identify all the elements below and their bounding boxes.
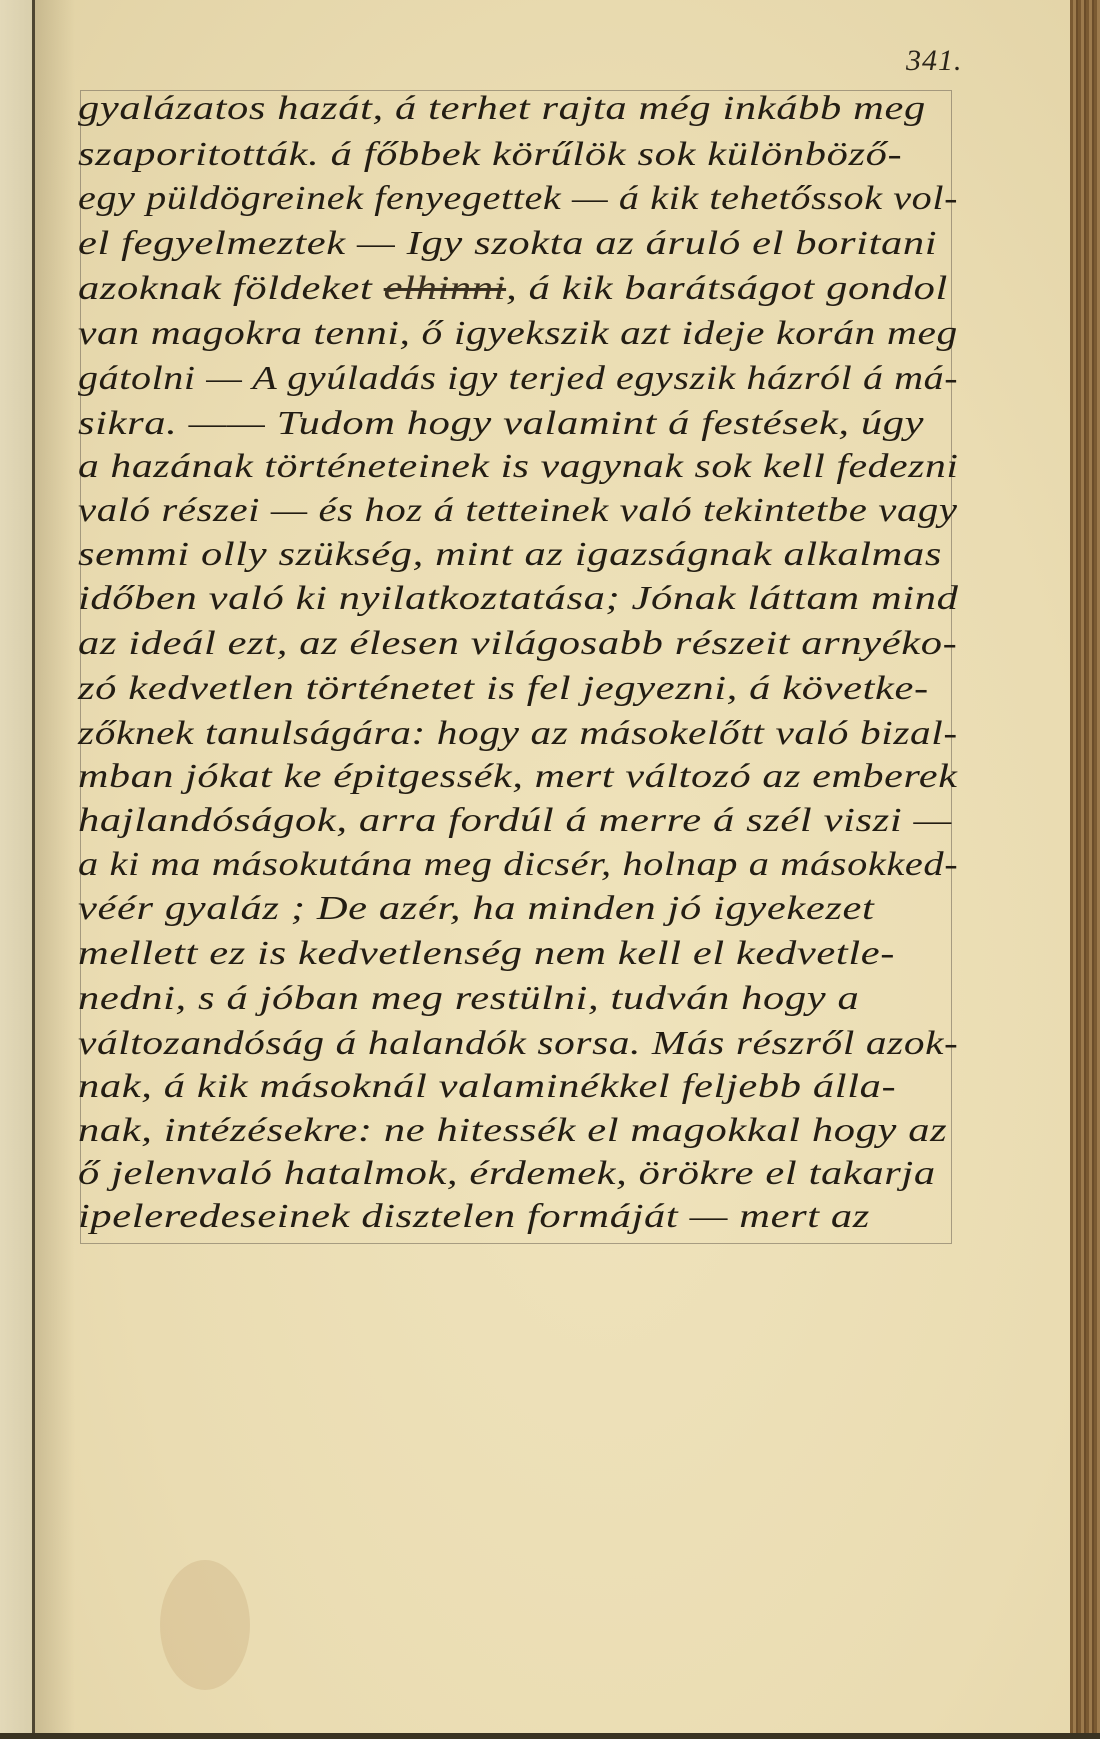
- text-line: változandóság á halandók sorsa. Más rész…: [78, 1025, 958, 1063]
- text-line: el fegyelmeztek — Igy szokta az áruló el…: [78, 225, 937, 263]
- text-line: gyalázatos hazát, á terhet rajta még ink…: [78, 90, 926, 128]
- text-line: ipeleredeseinek disztelen formáját — mer…: [78, 1198, 870, 1236]
- text-line: egy püldögreinek fenyegettek — á kik teh…: [78, 180, 958, 218]
- text-line: zó kedvetlen történetet is fel jegyezni,…: [78, 670, 929, 708]
- text-line: szaporitották. á főbbek körűlök sok külö…: [78, 136, 902, 174]
- text-line: való részei — és hoz á tetteinek való te…: [78, 492, 958, 530]
- page-number: 341.: [906, 44, 963, 78]
- paper-stain: [160, 1560, 250, 1690]
- text-line: van magokra tenni, ő igyekszik azt ideje…: [78, 315, 958, 353]
- page-block-edge: [1070, 0, 1100, 1739]
- text-line: sikra. —— Tudom hogy valamint á festések…: [78, 405, 924, 443]
- gutter-shadow: [35, 0, 75, 1733]
- text-line: mban jókat ke épitgessék, mert változó a…: [78, 758, 957, 796]
- text-line: mellett ez is kedvetlenség nem kell el k…: [78, 935, 895, 973]
- text-line: hajlandóságok, arra fordúl á merre á szé…: [78, 802, 952, 840]
- struck-out-word: elhinni: [384, 270, 506, 307]
- text-line: nak, intézésekre: ne hitessék el magokka…: [78, 1112, 947, 1150]
- text-line: időben való ki nyilatkoztatása; Jónak lá…: [78, 580, 958, 618]
- facing-page-edge: [0, 0, 34, 1739]
- bottom-edge: [0, 1733, 1100, 1739]
- text-segment: azoknak földeket: [78, 270, 372, 307]
- text-line: nedni, s á jóban meg restülni, tudván ho…: [78, 980, 859, 1018]
- text-line: az ideál ezt, az élesen világosabb része…: [78, 625, 957, 663]
- text-line: semmi olly szükség, mint az igazságnak a…: [78, 536, 942, 574]
- text-line: ő jelenvaló hatalmok, érdemek, örökre el…: [78, 1155, 936, 1193]
- text-line: gátolni — A gyúladás igy terjed egyszik …: [78, 360, 958, 398]
- text-line: azoknak földeket elhinni, á kik barátság…: [78, 270, 948, 308]
- text-line: a hazának történeteinek is vagynak sok k…: [78, 448, 959, 486]
- text-line: a ki ma másokutána meg dicsér, holnap a …: [78, 846, 958, 884]
- text-line: véér gyaláz ; De azér, ha minden jó igye…: [78, 890, 874, 928]
- text-line: zőknek tanulságára: hogy az másokelőtt v…: [78, 715, 958, 753]
- text-line: nak, á kik másoknál valaminékkel feljebb…: [78, 1068, 896, 1106]
